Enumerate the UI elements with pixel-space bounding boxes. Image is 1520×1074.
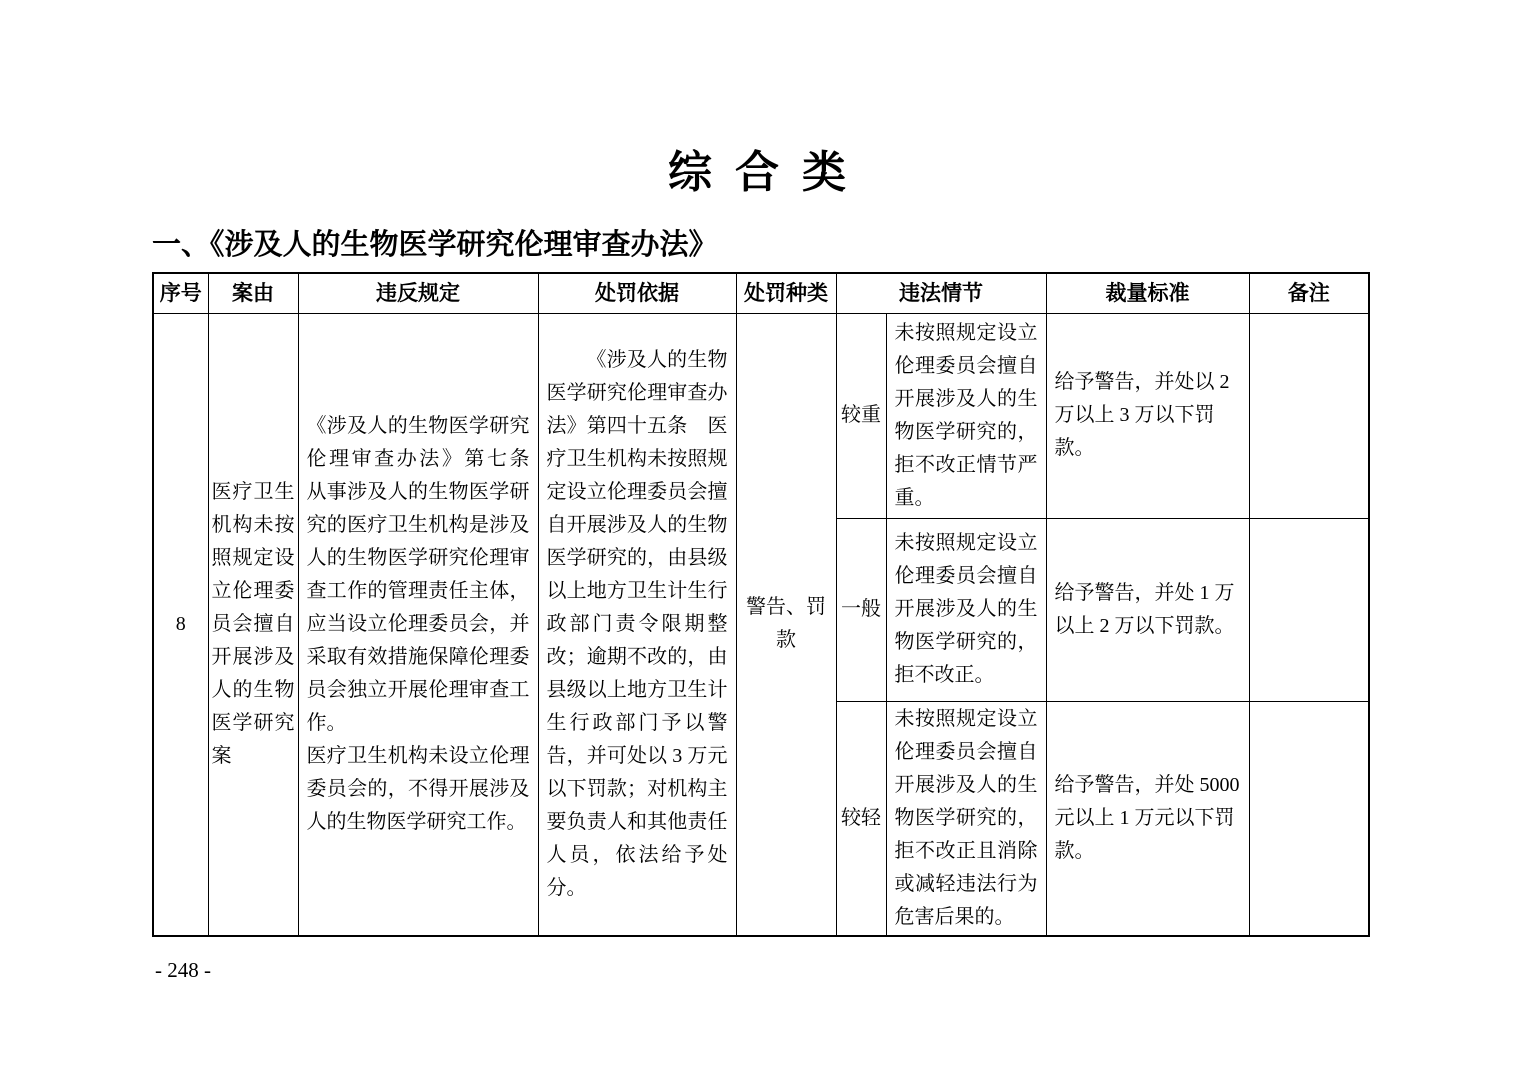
table-header-row: 序号 案由 违反规定 处罚依据 处罚种类 违法情节 裁量标准 备注: [153, 273, 1369, 313]
cell-severity-2: 一般: [836, 518, 886, 701]
violation-paragraph-2: 医疗卫生机构未设立伦理委员会的，不得开展涉及人的生物医学研究工作。: [307, 740, 530, 839]
cell-remark-3: [1249, 701, 1369, 936]
cell-remark-2: [1249, 518, 1369, 701]
cell-remark-1: [1249, 313, 1369, 518]
col-header-circumstances: 违法情节: [836, 273, 1046, 313]
cell-circumstance-2: 未按照规定设立伦理委员会擅自开展涉及人的生物医学研究的，拒不改正。: [886, 518, 1046, 701]
penalty-basis-paragraph: 《涉及人的生物医学研究伦理审查办法》第四十五条 医疗卫生机构未按照规定设立伦理委…: [547, 344, 728, 905]
cell-case: 医疗卫生机构未按照规定设立伦理委员会擅自开展涉及人的生物医学研究案: [208, 313, 298, 936]
cell-standard-2: 给予警告，并处 1 万以上 2 万以下罚款。: [1046, 518, 1249, 701]
cell-violation: 《涉及人的生物医学研究伦理审查办法》第七条 从事涉及人的生物医学研究的医疗卫生机…: [298, 313, 538, 936]
law-penalty-table: 序号 案由 违反规定 处罚依据 处罚种类 违法情节 裁量标准 备注 8 医疗卫生…: [152, 272, 1370, 937]
col-header-case: 案由: [208, 273, 298, 313]
cell-penalty-basis: 《涉及人的生物医学研究伦理审查办法》第四十五条 医疗卫生机构未按照规定设立伦理委…: [538, 313, 736, 936]
col-header-penalty-basis: 处罚依据: [538, 273, 736, 313]
cell-standard-1: 给予警告，并处以 2 万以上 3 万以下罚款。: [1046, 313, 1249, 518]
cell-severity-1: 较重: [836, 313, 886, 518]
violation-paragraph-1: 《涉及人的生物医学研究伦理审查办法》第七条 从事涉及人的生物医学研究的医疗卫生机…: [307, 410, 530, 740]
page-title: 综 合 类: [0, 136, 1520, 200]
page-number: - 248 -: [155, 958, 211, 983]
table-row: 8 医疗卫生机构未按照规定设立伦理委员会擅自开展涉及人的生物医学研究案 《涉及人…: [153, 313, 1369, 518]
col-header-remark: 备注: [1249, 273, 1369, 313]
cell-severity-3: 较轻: [836, 701, 886, 936]
col-header-penalty-type: 处罚种类: [736, 273, 836, 313]
cell-circumstance-3: 未按照规定设立伦理委员会擅自开展涉及人的生物医学研究的，拒不改正且消除或减轻违法…: [886, 701, 1046, 936]
col-header-index: 序号: [153, 273, 208, 313]
cell-index: 8: [153, 313, 208, 936]
cell-circumstance-1: 未按照规定设立伦理委员会擅自开展涉及人的生物医学研究的，拒不改正情节严重。: [886, 313, 1046, 518]
col-header-standard: 裁量标准: [1046, 273, 1249, 313]
cell-penalty-type: 警告、罚款: [736, 313, 836, 936]
section-heading: 一、《涉及人的生物医学研究伦理审查办法》: [152, 222, 718, 263]
col-header-violation: 违反规定: [298, 273, 538, 313]
cell-standard-3: 给予警告，并处 5000 元以上 1 万元以下罚款。: [1046, 701, 1249, 936]
